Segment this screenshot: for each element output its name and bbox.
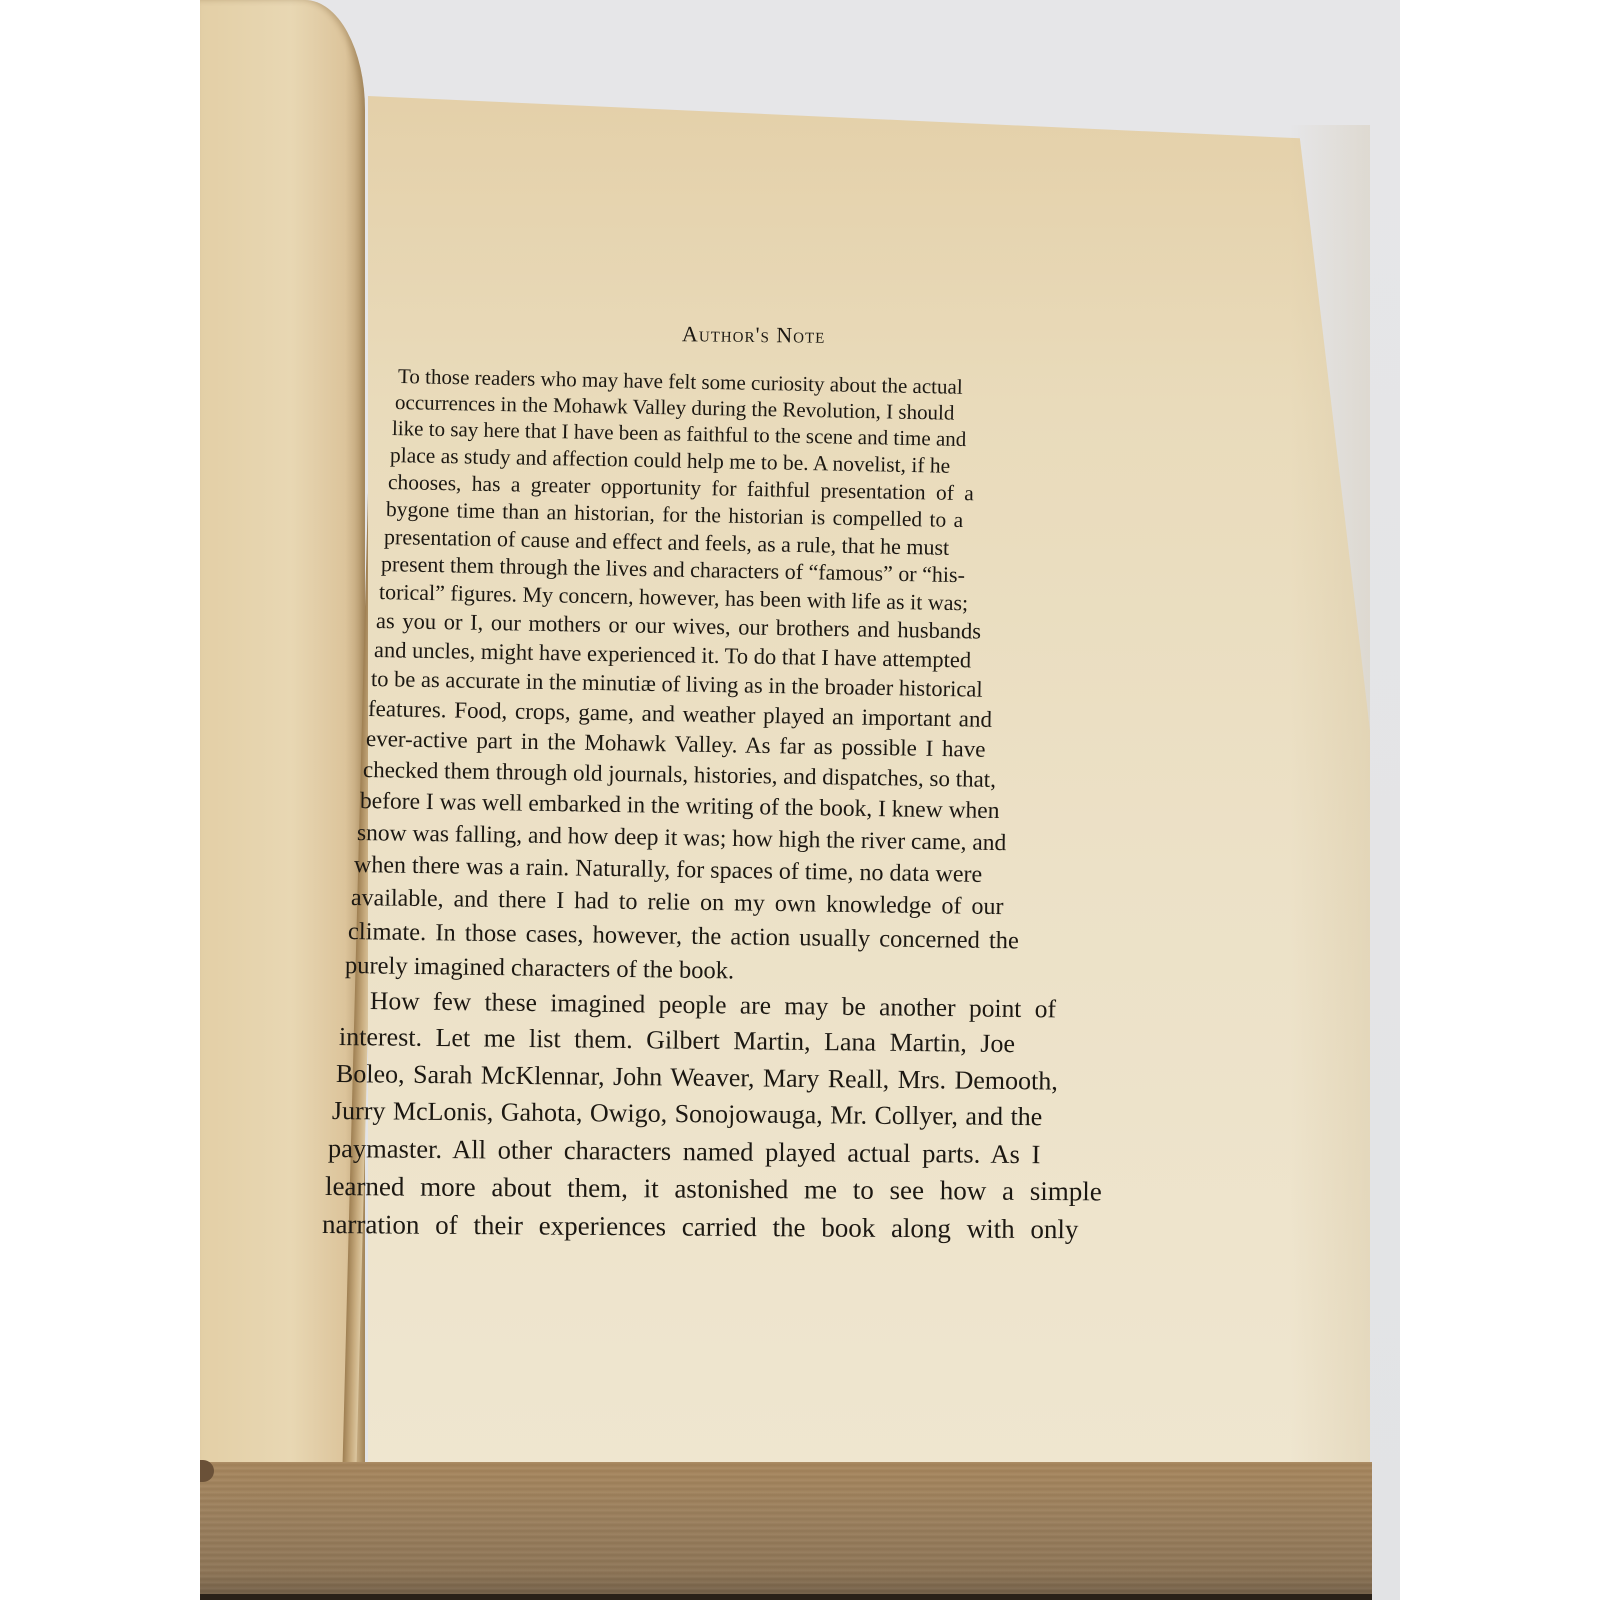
page-title: Author's Note [682, 321, 826, 349]
text-line: checked them through old journals, histo… [363, 757, 996, 793]
text-line: when there was a rain. Naturally, for sp… [354, 852, 983, 889]
text-line: before I was well embarked in the writin… [360, 788, 1000, 825]
text-line: learned more about them, it astonished m… [325, 1171, 1102, 1207]
text-line: How few these imagined people are may be… [370, 986, 1056, 1024]
text-line: purely imagined characters of the book. [345, 952, 734, 985]
text-line: ever-active part in the Mohawk Valley. A… [366, 726, 986, 763]
page-text: Author's Note To those readers who may h… [0, 0, 1600, 1600]
text-line: snow was falling, and how deep it was; h… [357, 820, 1007, 857]
text-line: narration of their experiences carried t… [322, 1209, 1079, 1245]
text-line: Boleo, Sarah McKlennar, John Weaver, Mar… [336, 1059, 1058, 1097]
text-line: available, and there I had to relie on m… [351, 885, 1004, 921]
text-line: climate. In those cases, however, the ac… [348, 918, 1019, 955]
text-line: Jurry McLonis, Gahota, Owigo, Sonojowaug… [332, 1096, 1043, 1132]
text-line: paymaster. All other characters named pl… [328, 1133, 1041, 1170]
text-line: interest. Let me list them. Gilbert Mart… [339, 1022, 1015, 1059]
